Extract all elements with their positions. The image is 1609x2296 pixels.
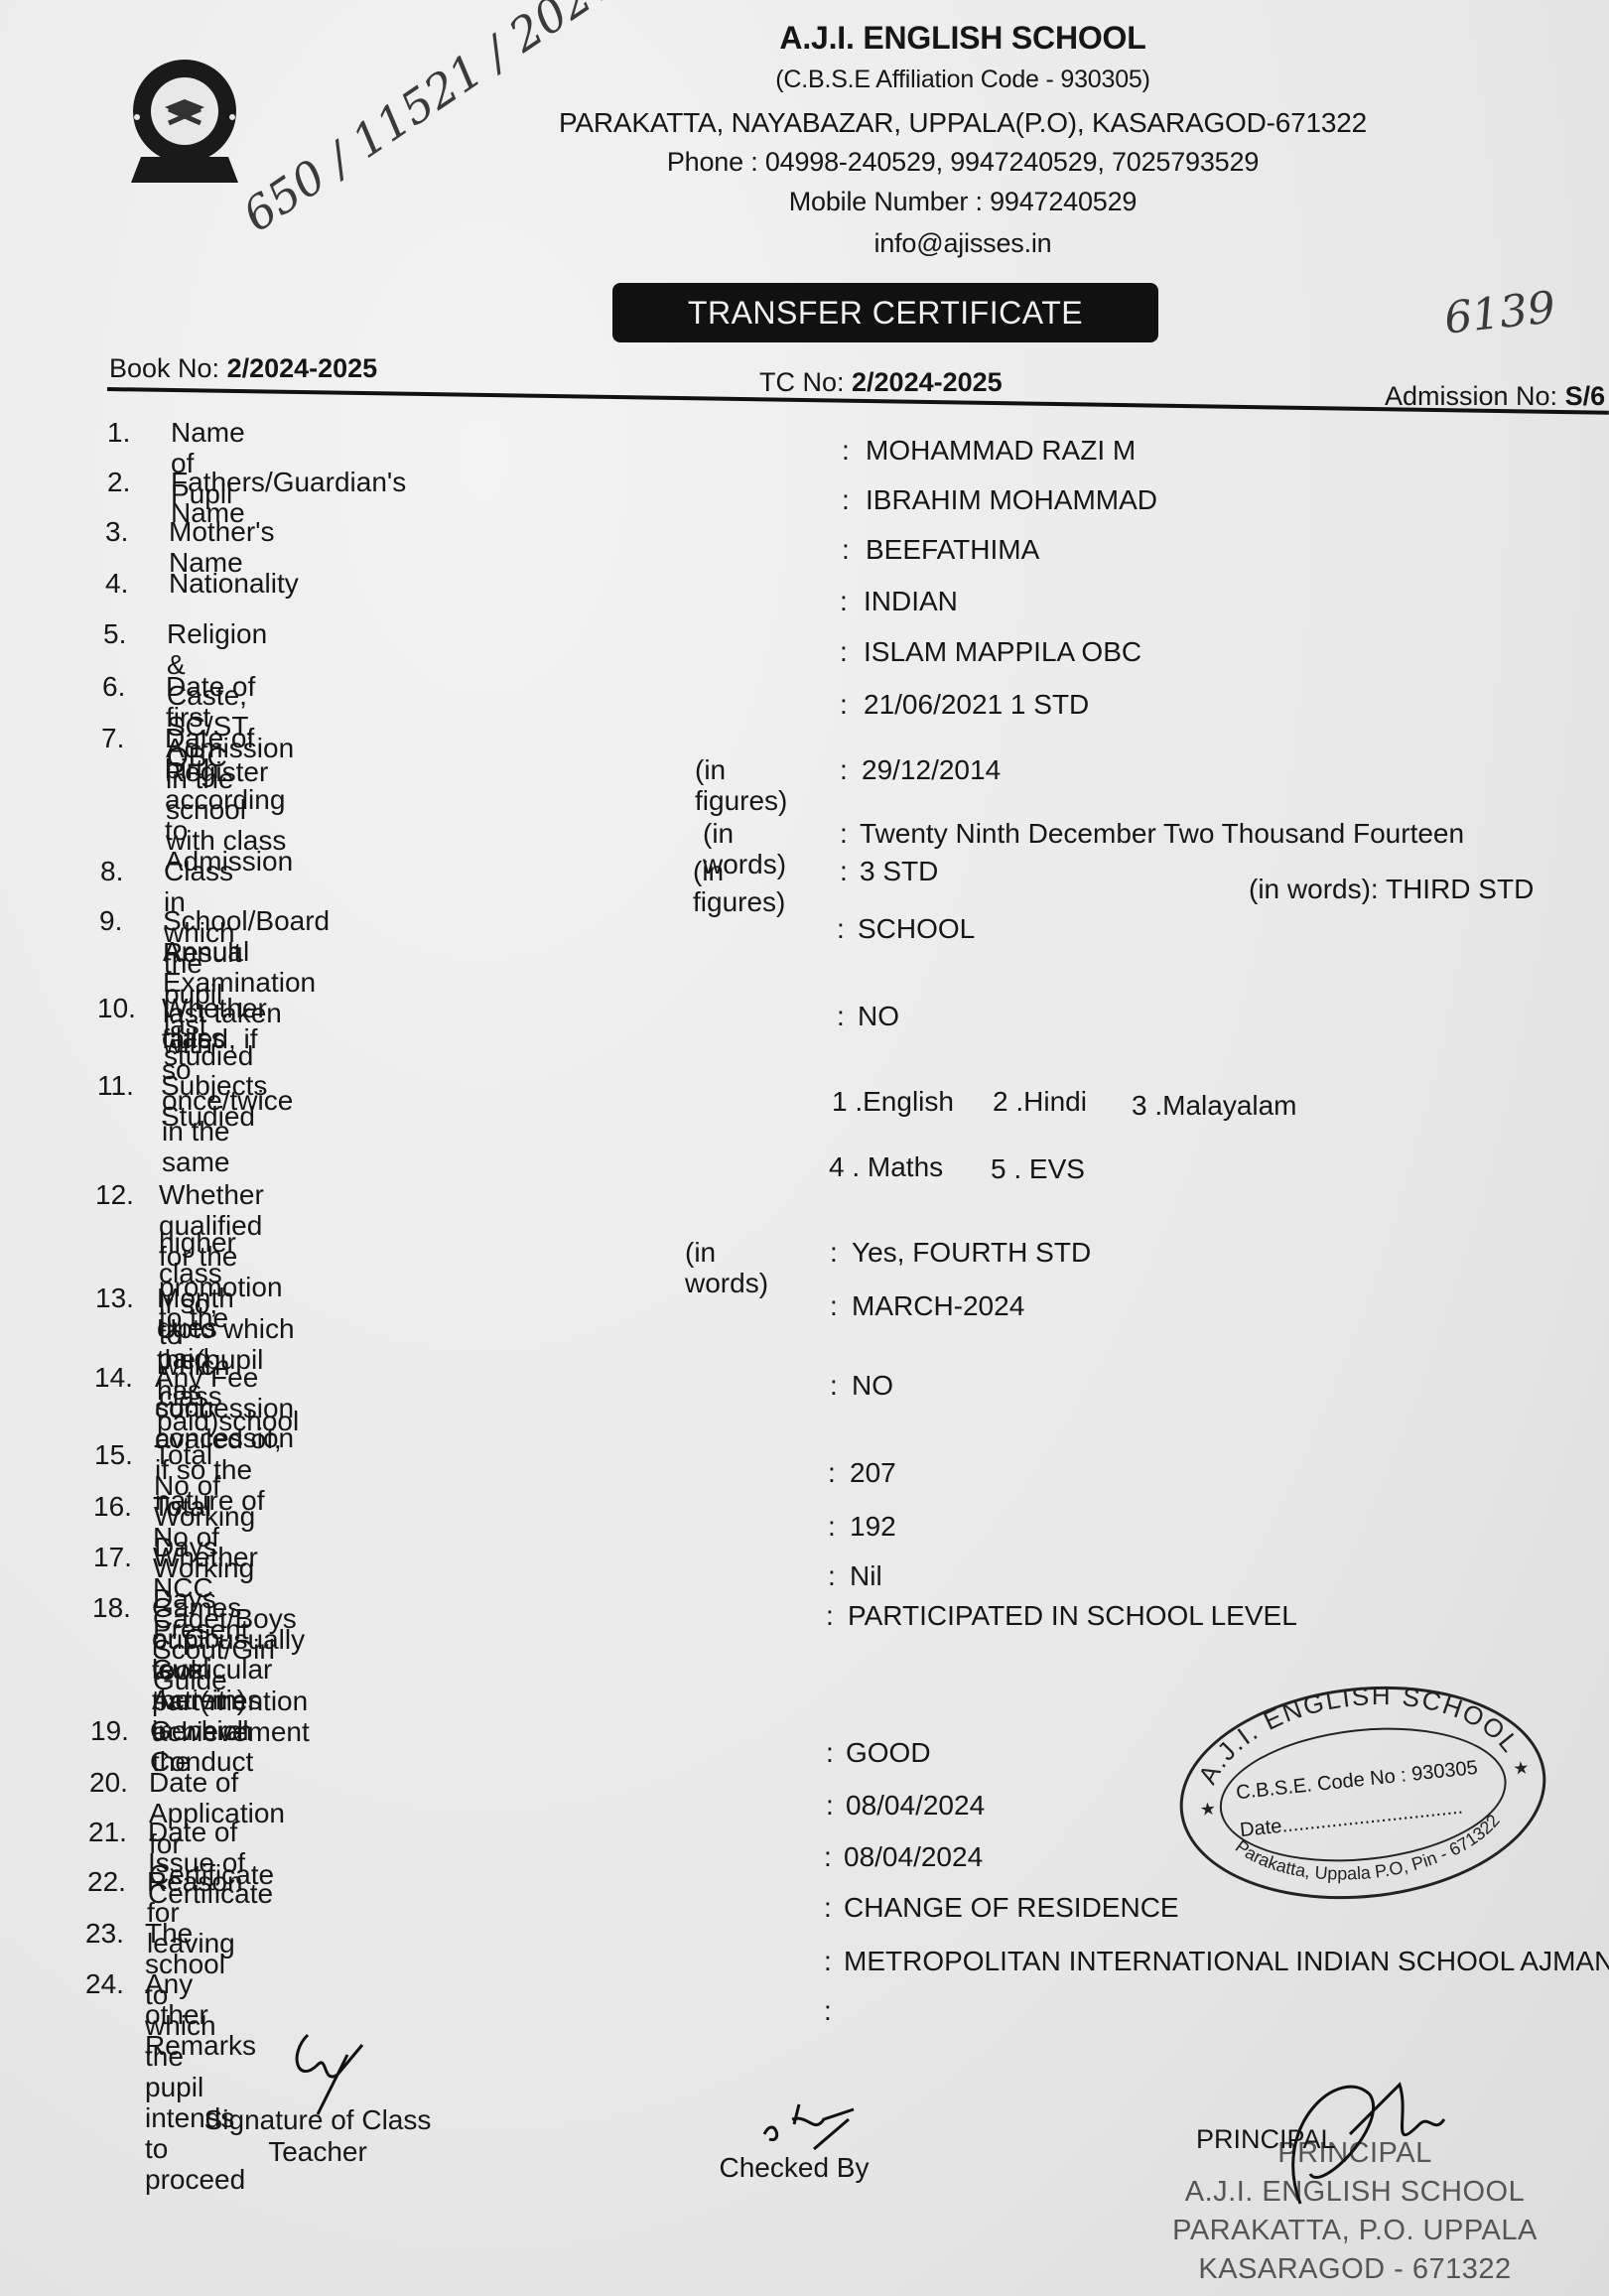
field-value: METROPOLITAN INTERNATIONAL INDIAN SCHOOL… — [844, 1946, 1609, 1976]
field-colon: : — [840, 856, 848, 886]
field-number: 11. — [97, 1070, 157, 1101]
field-number: 21. — [88, 1817, 148, 1847]
field-number: 1. — [107, 417, 167, 448]
field-number: 4. — [105, 568, 165, 599]
field-colon: : — [840, 754, 848, 785]
field-colon: : — [824, 1995, 832, 2026]
school-crest-icon — [127, 58, 242, 185]
field-qualifier: (in words) — [685, 1237, 768, 1298]
field-colon: : — [842, 435, 850, 466]
field-value: NO — [858, 1001, 899, 1031]
field-colon: : — [840, 636, 848, 667]
field-value: IBRAHIM MOHAMMAD — [866, 484, 1157, 515]
field-colon: : — [826, 1737, 834, 1768]
checked-by-label: Checked By — [695, 2152, 893, 2184]
field-number: 10. — [97, 993, 157, 1023]
tc-number: TC No: 2/2024-2025 — [759, 367, 1003, 398]
field-colon: : — [828, 1511, 836, 1542]
field-value: 29/12/2014 — [862, 754, 1001, 785]
field-value: MARCH-2024 — [852, 1290, 1024, 1321]
affiliation-code: (C.B.S.E Affiliation Code - 930305) — [556, 66, 1370, 94]
field-number: 15. — [94, 1439, 154, 1470]
school-phone: Phone : 04998-240529, 9947240529, 702579… — [556, 147, 1370, 178]
field-number: 22. — [87, 1866, 147, 1897]
field-colon: : — [824, 1892, 832, 1923]
field-value: ISLAM MAPPILA OBC — [864, 636, 1141, 667]
field-colon: : — [826, 1600, 834, 1631]
field-number: 6. — [102, 671, 162, 702]
field-number: 13. — [95, 1283, 155, 1313]
field-value: 3 STD — [860, 856, 938, 886]
field-number: 17. — [93, 1542, 153, 1572]
field-label-line2: Register — [165, 756, 268, 787]
field-number: 8. — [100, 856, 160, 886]
field-qualifier: (in figures) — [695, 754, 787, 816]
handwritten-number: 6139 — [1442, 282, 1558, 343]
field-label: Date of birth according to Admission — [165, 723, 293, 877]
field-number: 9. — [99, 905, 159, 936]
field-number: 3. — [105, 516, 165, 547]
field-number: 2. — [107, 467, 167, 497]
field-value: BEEFATHIMA — [866, 534, 1039, 565]
field-value: Nil — [850, 1560, 882, 1591]
field-value: NO — [852, 1370, 893, 1401]
field-value: INDIAN — [864, 586, 958, 616]
field-label: Any other Remarks — [145, 1968, 256, 2061]
field-number: 23. — [85, 1918, 145, 1949]
field-colon: : — [842, 484, 850, 515]
field-value: SCHOOL — [858, 913, 975, 944]
field-number: 24. — [85, 1968, 145, 1999]
field-value: Yes, FOURTH STD — [852, 1237, 1091, 1268]
field-colon: : — [840, 586, 848, 616]
school-address: PARAKATTA, NAYABAZAR, UPPALA(P.O), KASAR… — [556, 107, 1370, 139]
field-colon: : — [840, 818, 848, 849]
field-label-line2: class — [162, 1022, 225, 1053]
field-number: 5. — [103, 618, 163, 649]
field-colon: : — [830, 1290, 838, 1321]
certificate-title: TRANSFER CERTIFICATE — [612, 283, 1158, 342]
class-teacher-signature-label: Signature of Class Teacher — [189, 2104, 447, 2168]
subject-item: 4 . Maths — [829, 1151, 943, 1182]
field-colon: : — [824, 1946, 832, 1976]
field-number: 20. — [89, 1767, 149, 1798]
field-colon: : — [840, 689, 848, 720]
subject-item: 2 .Hindi — [993, 1086, 1087, 1117]
field-value: 207 — [850, 1457, 896, 1488]
school-seal-stamp: A.J.I. ENGLISH SCHOOL Parakatta, Uppala … — [1169, 1669, 1556, 1917]
field-colon: : — [824, 1841, 832, 1872]
field-number: 7. — [101, 723, 161, 753]
field-value: MOHAMMAD RAZI M — [866, 435, 1136, 466]
checker-signature-scribble — [754, 2094, 873, 2154]
field-value-words: (in words): THIRD STD — [1249, 874, 1534, 904]
field-value: Twenty Ninth December Two Thousand Fourt… — [860, 818, 1464, 849]
field-colon: : — [828, 1457, 836, 1488]
school-crest-logo — [127, 58, 242, 185]
field-number: 12. — [95, 1179, 155, 1210]
field-colon: : — [830, 1370, 838, 1401]
field-label: Subjects Studied — [161, 1070, 267, 1132]
field-value: 21/06/2021 1 STD — [864, 689, 1089, 720]
field-colon: : — [837, 1001, 845, 1031]
school-email: info@ajisses.in — [556, 228, 1370, 259]
field-value: 08/04/2024 — [846, 1790, 985, 1821]
school-name: A.J.I. ENGLISH SCHOOL — [556, 20, 1370, 57]
subject-item: 5 . EVS — [991, 1153, 1085, 1184]
school-mobile: Mobile Number : 9947240529 — [556, 187, 1370, 217]
field-value: GOOD — [846, 1737, 931, 1768]
field-number: 16. — [93, 1491, 153, 1522]
field-colon: : — [826, 1790, 834, 1821]
field-number: 14. — [94, 1362, 154, 1393]
field-number: 18. — [92, 1592, 152, 1623]
field-colon: : — [837, 913, 845, 944]
book-number: Book No: 2/2024-2025 — [109, 353, 377, 384]
field-colon: : — [828, 1560, 836, 1591]
field-label: Nationality — [169, 568, 299, 599]
field-value: PARTICIPATED IN SCHOOL LEVEL — [848, 1600, 1297, 1631]
field-colon: : — [842, 534, 850, 565]
field-value: 08/04/2024 — [844, 1841, 983, 1872]
svg-text:★: ★ — [1199, 1799, 1217, 1821]
field-qualifier: (in figures) — [693, 856, 785, 917]
svg-text:★: ★ — [1512, 1757, 1530, 1779]
field-colon: : — [830, 1237, 838, 1268]
field-label-line2: Result — [163, 937, 241, 968]
field-value: 192 — [850, 1511, 896, 1542]
subject-item: 1 .English — [832, 1086, 954, 1117]
field-number: 19. — [90, 1715, 150, 1746]
principal-label: PRINCIPAL — [1196, 2124, 1336, 2155]
field-value: CHANGE OF RESIDENCE — [844, 1892, 1179, 1923]
field-label-line3: level therein) — [152, 1654, 246, 1715]
subject-item: 3 .Malayalam — [1132, 1090, 1297, 1121]
